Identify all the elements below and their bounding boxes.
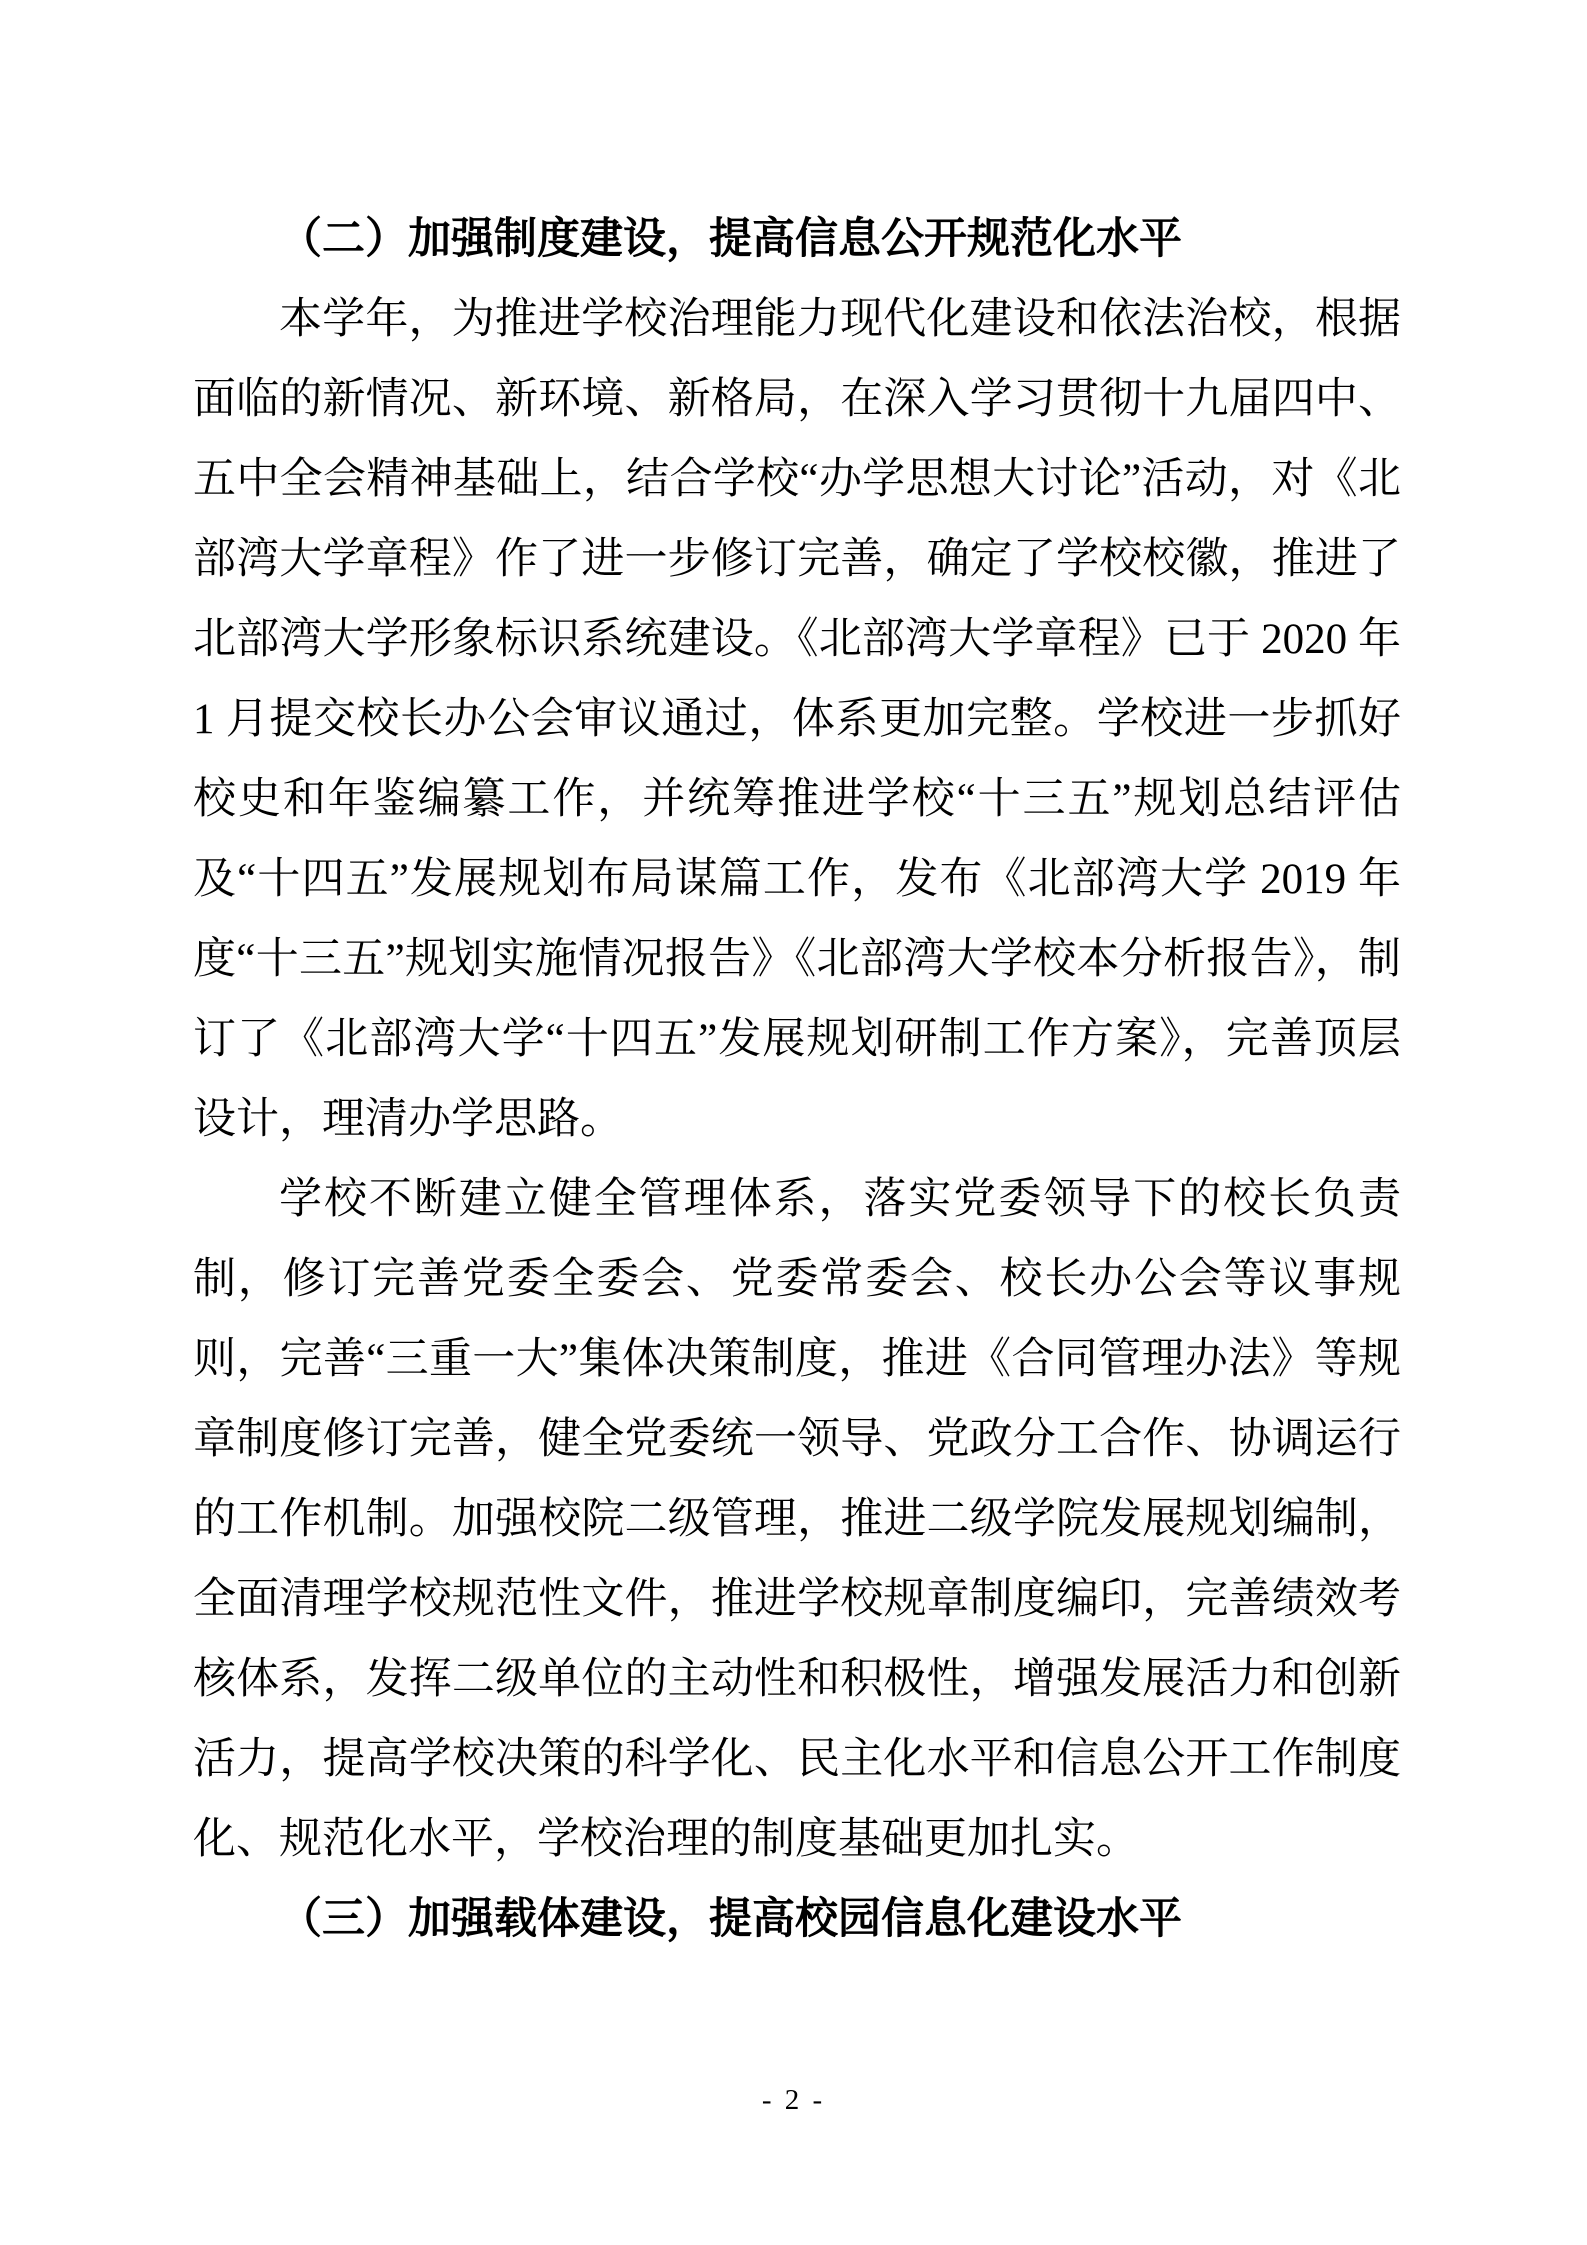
document-content: （二）加强制度建设，提高信息公开规范化水平 本学年，为推进学校治理能力现代化建设… xyxy=(193,200,1401,1960)
paragraph-institution-building: 本学年，为推进学校治理能力现代化建设和依法治校，根据面临的新情况、新环境、新格局… xyxy=(193,280,1401,1160)
document-page: （二）加强制度建设，提高信息公开规范化水平 本学年，为推进学校治理能力现代化建设… xyxy=(0,0,1587,2245)
page-number: - 2 - xyxy=(0,2082,1587,2118)
section-heading-3: （三）加强载体建设，提高校园信息化建设水平 xyxy=(193,1880,1401,1960)
paragraph-governance-system: 学校不断建立健全管理体系，落实党委领导下的校长负责制，修订完善党委全委会、党委常… xyxy=(193,1160,1401,1880)
section-heading-2: （二）加强制度建设，提高信息公开规范化水平 xyxy=(193,200,1401,280)
